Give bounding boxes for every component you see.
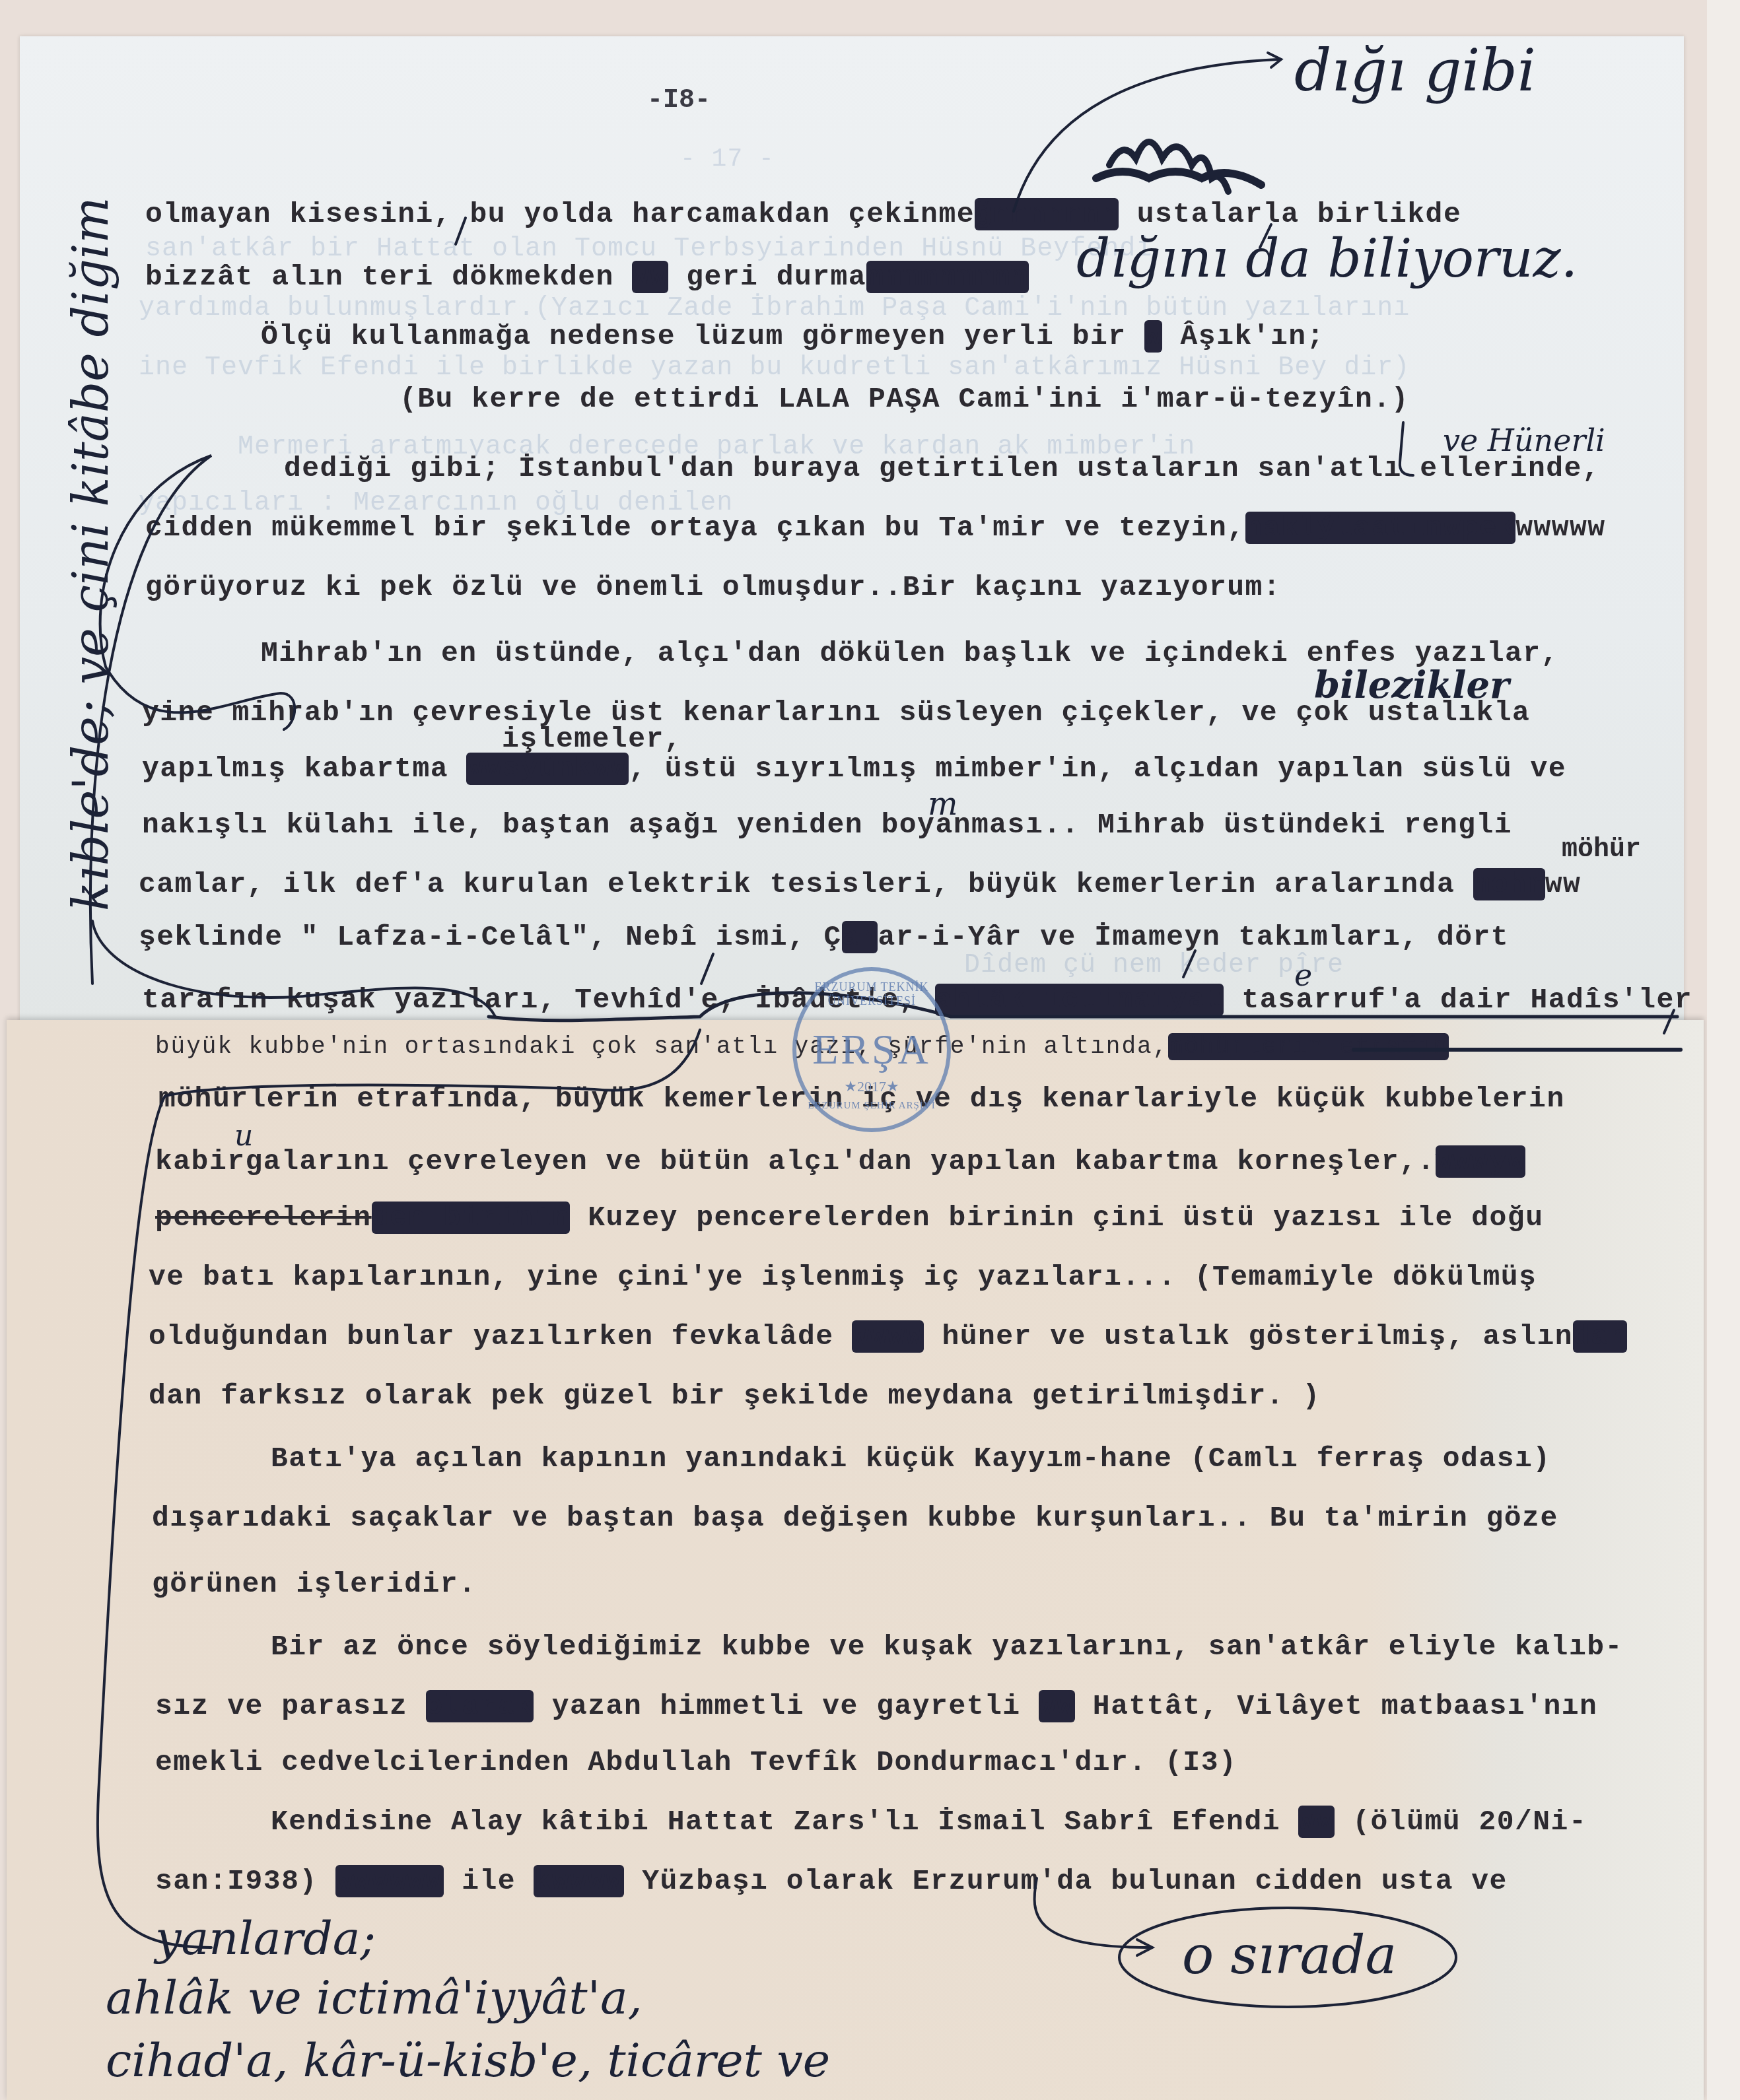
- typed-line: olduğundan bunlar yazılırken fevkalâde w…: [149, 1320, 1627, 1353]
- typed-line: yapılmış kabartma wwsyúnkww, üstü sıyrıl…: [142, 753, 1566, 785]
- handwritten-note: dığı gibi: [1294, 36, 1536, 104]
- typed-line: pencerelerinden birinin Kuzey pencereler…: [155, 1202, 1543, 1234]
- typed-line: Bir az önce söylediğimiz kubbe ve kuşak …: [271, 1631, 1623, 1663]
- struck-text: ww: [1298, 1806, 1335, 1838]
- struck-text: mmmmmmmmm: [866, 261, 1029, 293]
- typed-line: nakışlı külahı ile, baştan aşağı yeniden…: [142, 809, 1512, 841]
- page-number: -I8-: [647, 86, 711, 116]
- stamp-bottom-text: ERZURUM ŞEHİR ARŞİVİ: [796, 1101, 947, 1112]
- typed-line: dan farksız olarak pek güzel bir şekilde…: [149, 1380, 1321, 1412]
- handwritten-insert: ve Hünerli: [1443, 423, 1605, 458]
- typed-line: olmayan kisesini, bu yolda harcamakdan ç…: [145, 198, 1461, 230]
- struck-text: wwsyúnkww: [466, 753, 629, 785]
- typed-line: san:I938) wwwwww ile kwwww Yüzbaşı olara…: [155, 1865, 1508, 1897]
- handwritten-insert: m: [928, 786, 958, 823]
- handwritten-insert: bilezikler: [1314, 663, 1510, 707]
- bleed-through-line: Dîdem çü nem keder pîre: [964, 951, 1344, 980]
- struck-text: mohr: [1473, 868, 1545, 900]
- bleed-through-page-number: - 17 -: [680, 145, 775, 174]
- handwritten-note: cihad'a, kâr-ü-kisb'e, ticâret ve: [106, 2033, 830, 2087]
- handwritten-note: ahlâk ve ictimâ'iyyât'a,: [106, 1971, 643, 2025]
- typed-line: dışarıdaki saçaklar ve baştan başa değiş…: [152, 1502, 1558, 1534]
- handwritten-note: dığını da biliyoruz.: [1076, 228, 1578, 289]
- typed-line: cidden mükemmel bir şekilde ortaya çıkan…: [145, 512, 1606, 544]
- typed-insert: işlemeler,: [502, 723, 682, 755]
- struck-text: haklýlaatınwpek: [1245, 512, 1516, 544]
- typed-line: emekli cedvelcilerinden Abdullah Tevfîk …: [155, 1746, 1237, 1778]
- stamp-year: ★2017★: [796, 1078, 947, 1095]
- bleed-through-line: san'atkâr bir Hattat olan Tomcu Terbsyia…: [145, 234, 1152, 264]
- handwritten-insert: e: [1294, 957, 1312, 993]
- typed-insert: möhür: [1562, 835, 1641, 865]
- handwritten-circled-note: o sırada: [1182, 1924, 1397, 1986]
- page-edge: [1707, 0, 1740, 2100]
- handwritten-note: yanlarda;: [155, 1911, 376, 1965]
- stamp-top-text: ERZURUM TEKNİK ÜNİVERSİTESİ: [796, 980, 947, 1008]
- struck-text: wwwwww: [335, 1865, 444, 1897]
- archive-stamp: ERZURUM TEKNİK ÜNİVERSİTESİ ERŞA ★2017★ …: [792, 967, 951, 1132]
- bleed-through-line: yardımda bulunmuşlardır.(Yazıcı Zade İbr…: [139, 294, 1410, 323]
- stamp-center-text: ERŞA: [796, 1025, 947, 1074]
- typed-line: Kendisine Alay kâtibi Hattat Zars'lı İsm…: [271, 1806, 1587, 1838]
- struck-text: kwwww: [534, 1865, 624, 1897]
- struck-text: olarak: [426, 1690, 534, 1722]
- typed-line: bizzât alın teri dökmekden ww geri durma…: [145, 261, 1029, 293]
- struck-text: w: [1144, 320, 1162, 353]
- typed-line: dediği gibi; İstanbul'dan buraya getirti…: [284, 452, 1600, 485]
- typed-line: sız ve parasız olarak yazan himmetli ve …: [155, 1690, 1597, 1722]
- typed-line: görünen işleridir.: [152, 1568, 476, 1600]
- struck-text: ğnnnnnnn: [975, 198, 1119, 230]
- typed-line: kabirgalarını çevreleyen ve bütün alçı'd…: [155, 1145, 1525, 1178]
- left-margin-note: kıble'de; ve çini kitâbe diğim: [63, 197, 120, 911]
- bleed-through-line: ine Tevfik Efendi ile birlikde yazan bu …: [139, 353, 1410, 383]
- handwritten-insert: u: [234, 1119, 253, 1153]
- struck-text: möhürlerin etrafın: [1168, 1033, 1449, 1060]
- typed-line: ve batı kapılarının, yine çini'ye işlenm…: [149, 1261, 1537, 1293]
- struck-text: dan: [1573, 1320, 1627, 1353]
- struck-text: ww: [1039, 1690, 1075, 1722]
- typed-line: görüyoruz ki pek özlü ve önemli olmuşdur…: [145, 571, 1281, 603]
- typed-line: (Bu kerre de ettirdi LALA PAŞA Cami'ini …: [400, 383, 1409, 415]
- typed-line: camlar, ilk def'a kurulan elektrik tesis…: [139, 868, 1581, 900]
- typed-line: Batı'ya açılan kapının yanındaki küçük K…: [271, 1442, 1551, 1475]
- struck-text: wwwyw: [1436, 1145, 1526, 1178]
- struck-text: den birinin: [372, 1202, 570, 1234]
- struck-text: ahlâk ictimaiyat: [935, 984, 1224, 1016]
- typed-line: şeklinde " Lafza-i-Celâl", Nebî ismi, Ça…: [139, 921, 1509, 953]
- typed-line: Ölçü kullanmağa nedense lüzum görmeyen y…: [261, 320, 1325, 353]
- struck-text: wwww: [852, 1320, 924, 1353]
- struck-text: ww: [632, 261, 668, 293]
- struck-text: ah: [842, 921, 878, 953]
